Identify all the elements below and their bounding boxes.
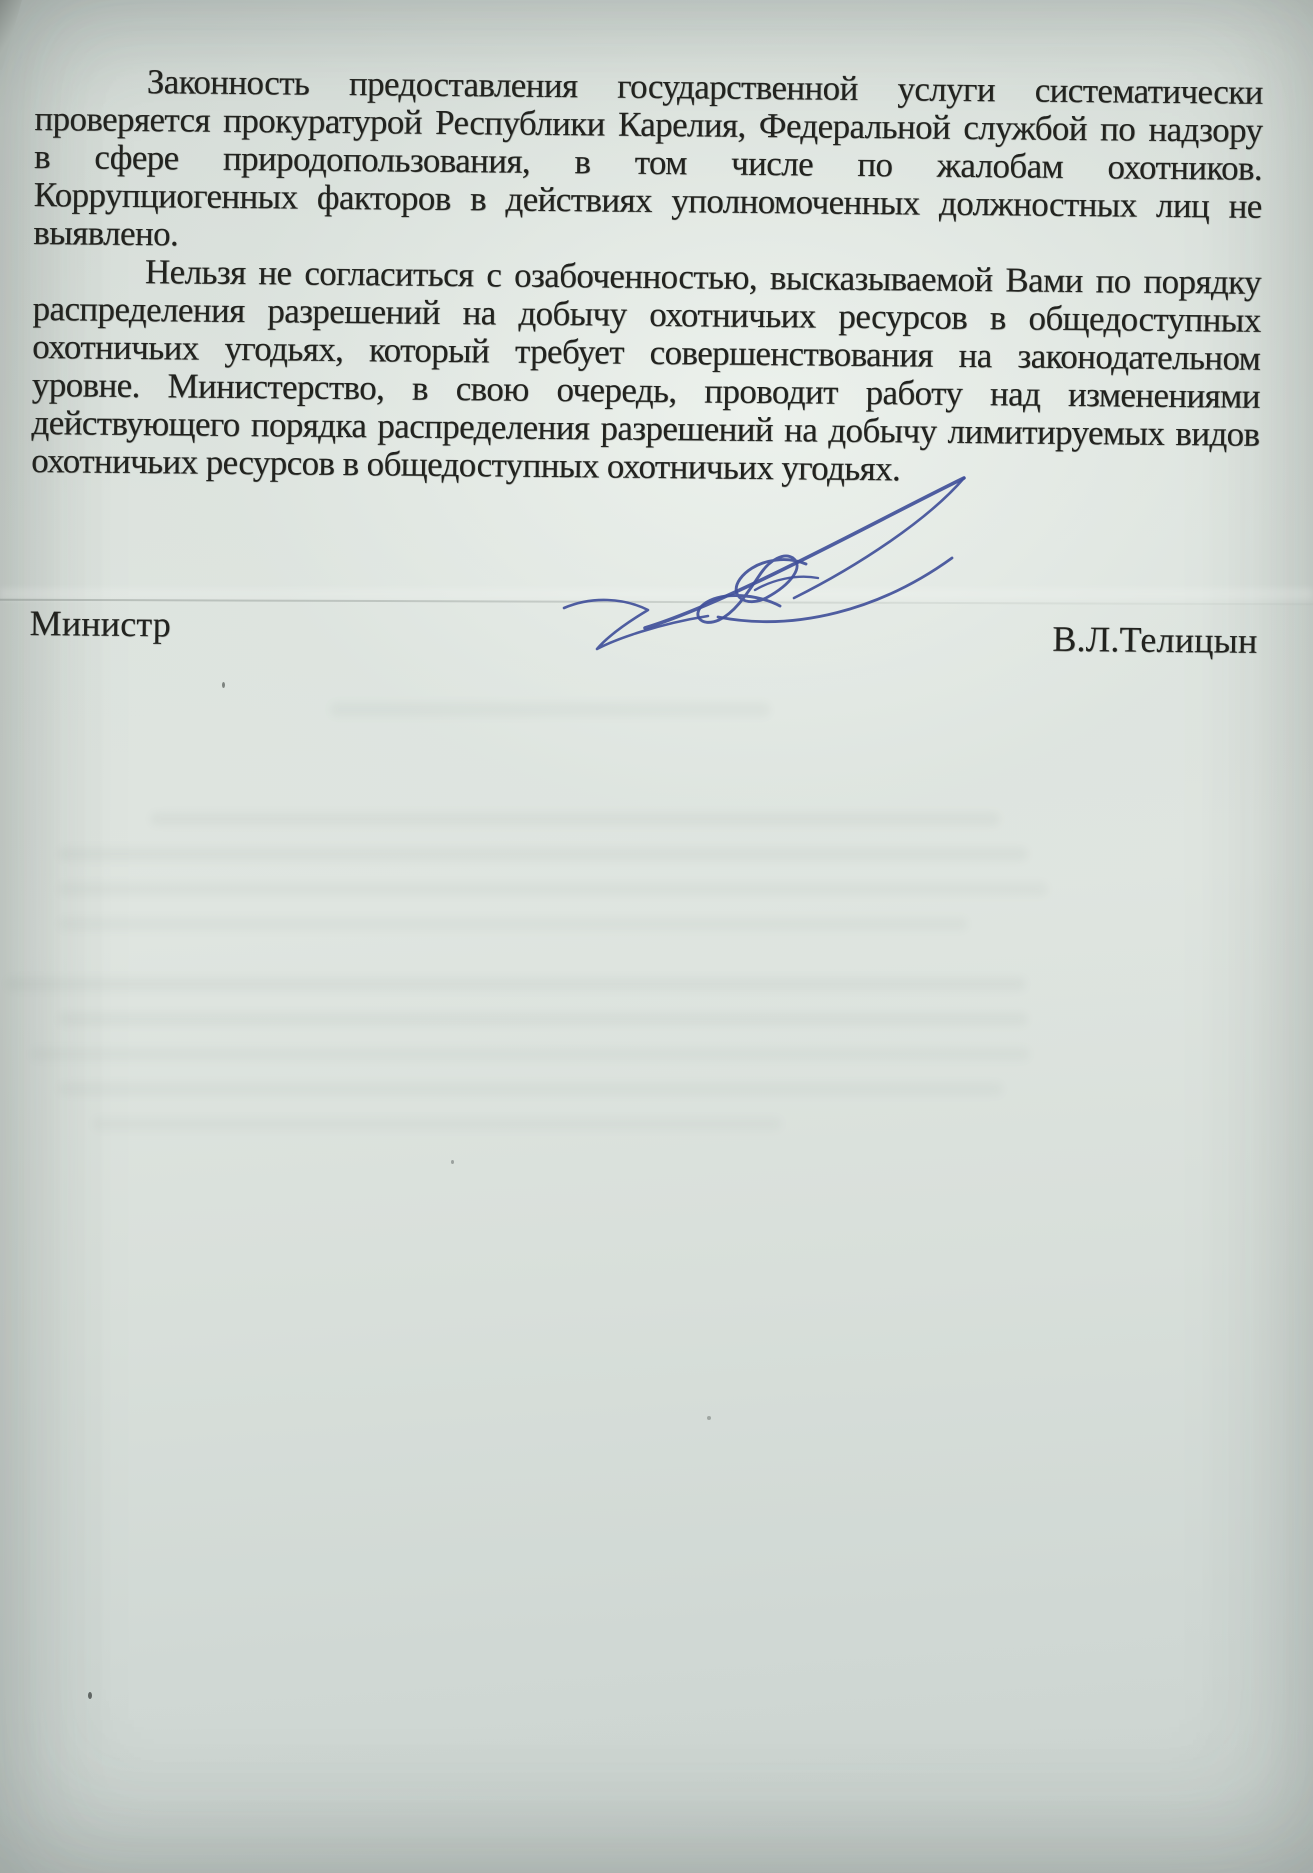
bleedthrough-line [6, 977, 1026, 991]
bleedthrough-line [58, 882, 1048, 896]
signature-ink [550, 462, 980, 662]
dust-speck [707, 1416, 711, 1420]
minister-title: Министр [29, 602, 171, 645]
dust-speck [222, 682, 225, 688]
bleedthrough-line [58, 917, 968, 931]
signature-strokes [550, 462, 980, 662]
bleedthrough-line [330, 702, 770, 717]
paragraph-permits: Нельзя не согласиться с озабоченностью, … [31, 252, 1261, 492]
bleedthrough-line [58, 1082, 1003, 1096]
bleedthrough-line [150, 812, 1000, 826]
bleedthrough-line [30, 1047, 1030, 1061]
paragraph-legality: Законность предоставления государственно… [33, 62, 1263, 264]
scanned-letter-page: { "document": { "paragraphs": [ { "lines… [0, 0, 1313, 1873]
bleedthrough-line [92, 1117, 782, 1131]
minister-name: В.Л.Телицын [1052, 612, 1258, 662]
bleedthrough-line [58, 1012, 1028, 1026]
page-edge-shadow [0, 0, 30, 70]
bleedthrough-line [58, 847, 1028, 861]
dust-speck [88, 1692, 92, 1699]
dust-speck [451, 1160, 454, 1164]
